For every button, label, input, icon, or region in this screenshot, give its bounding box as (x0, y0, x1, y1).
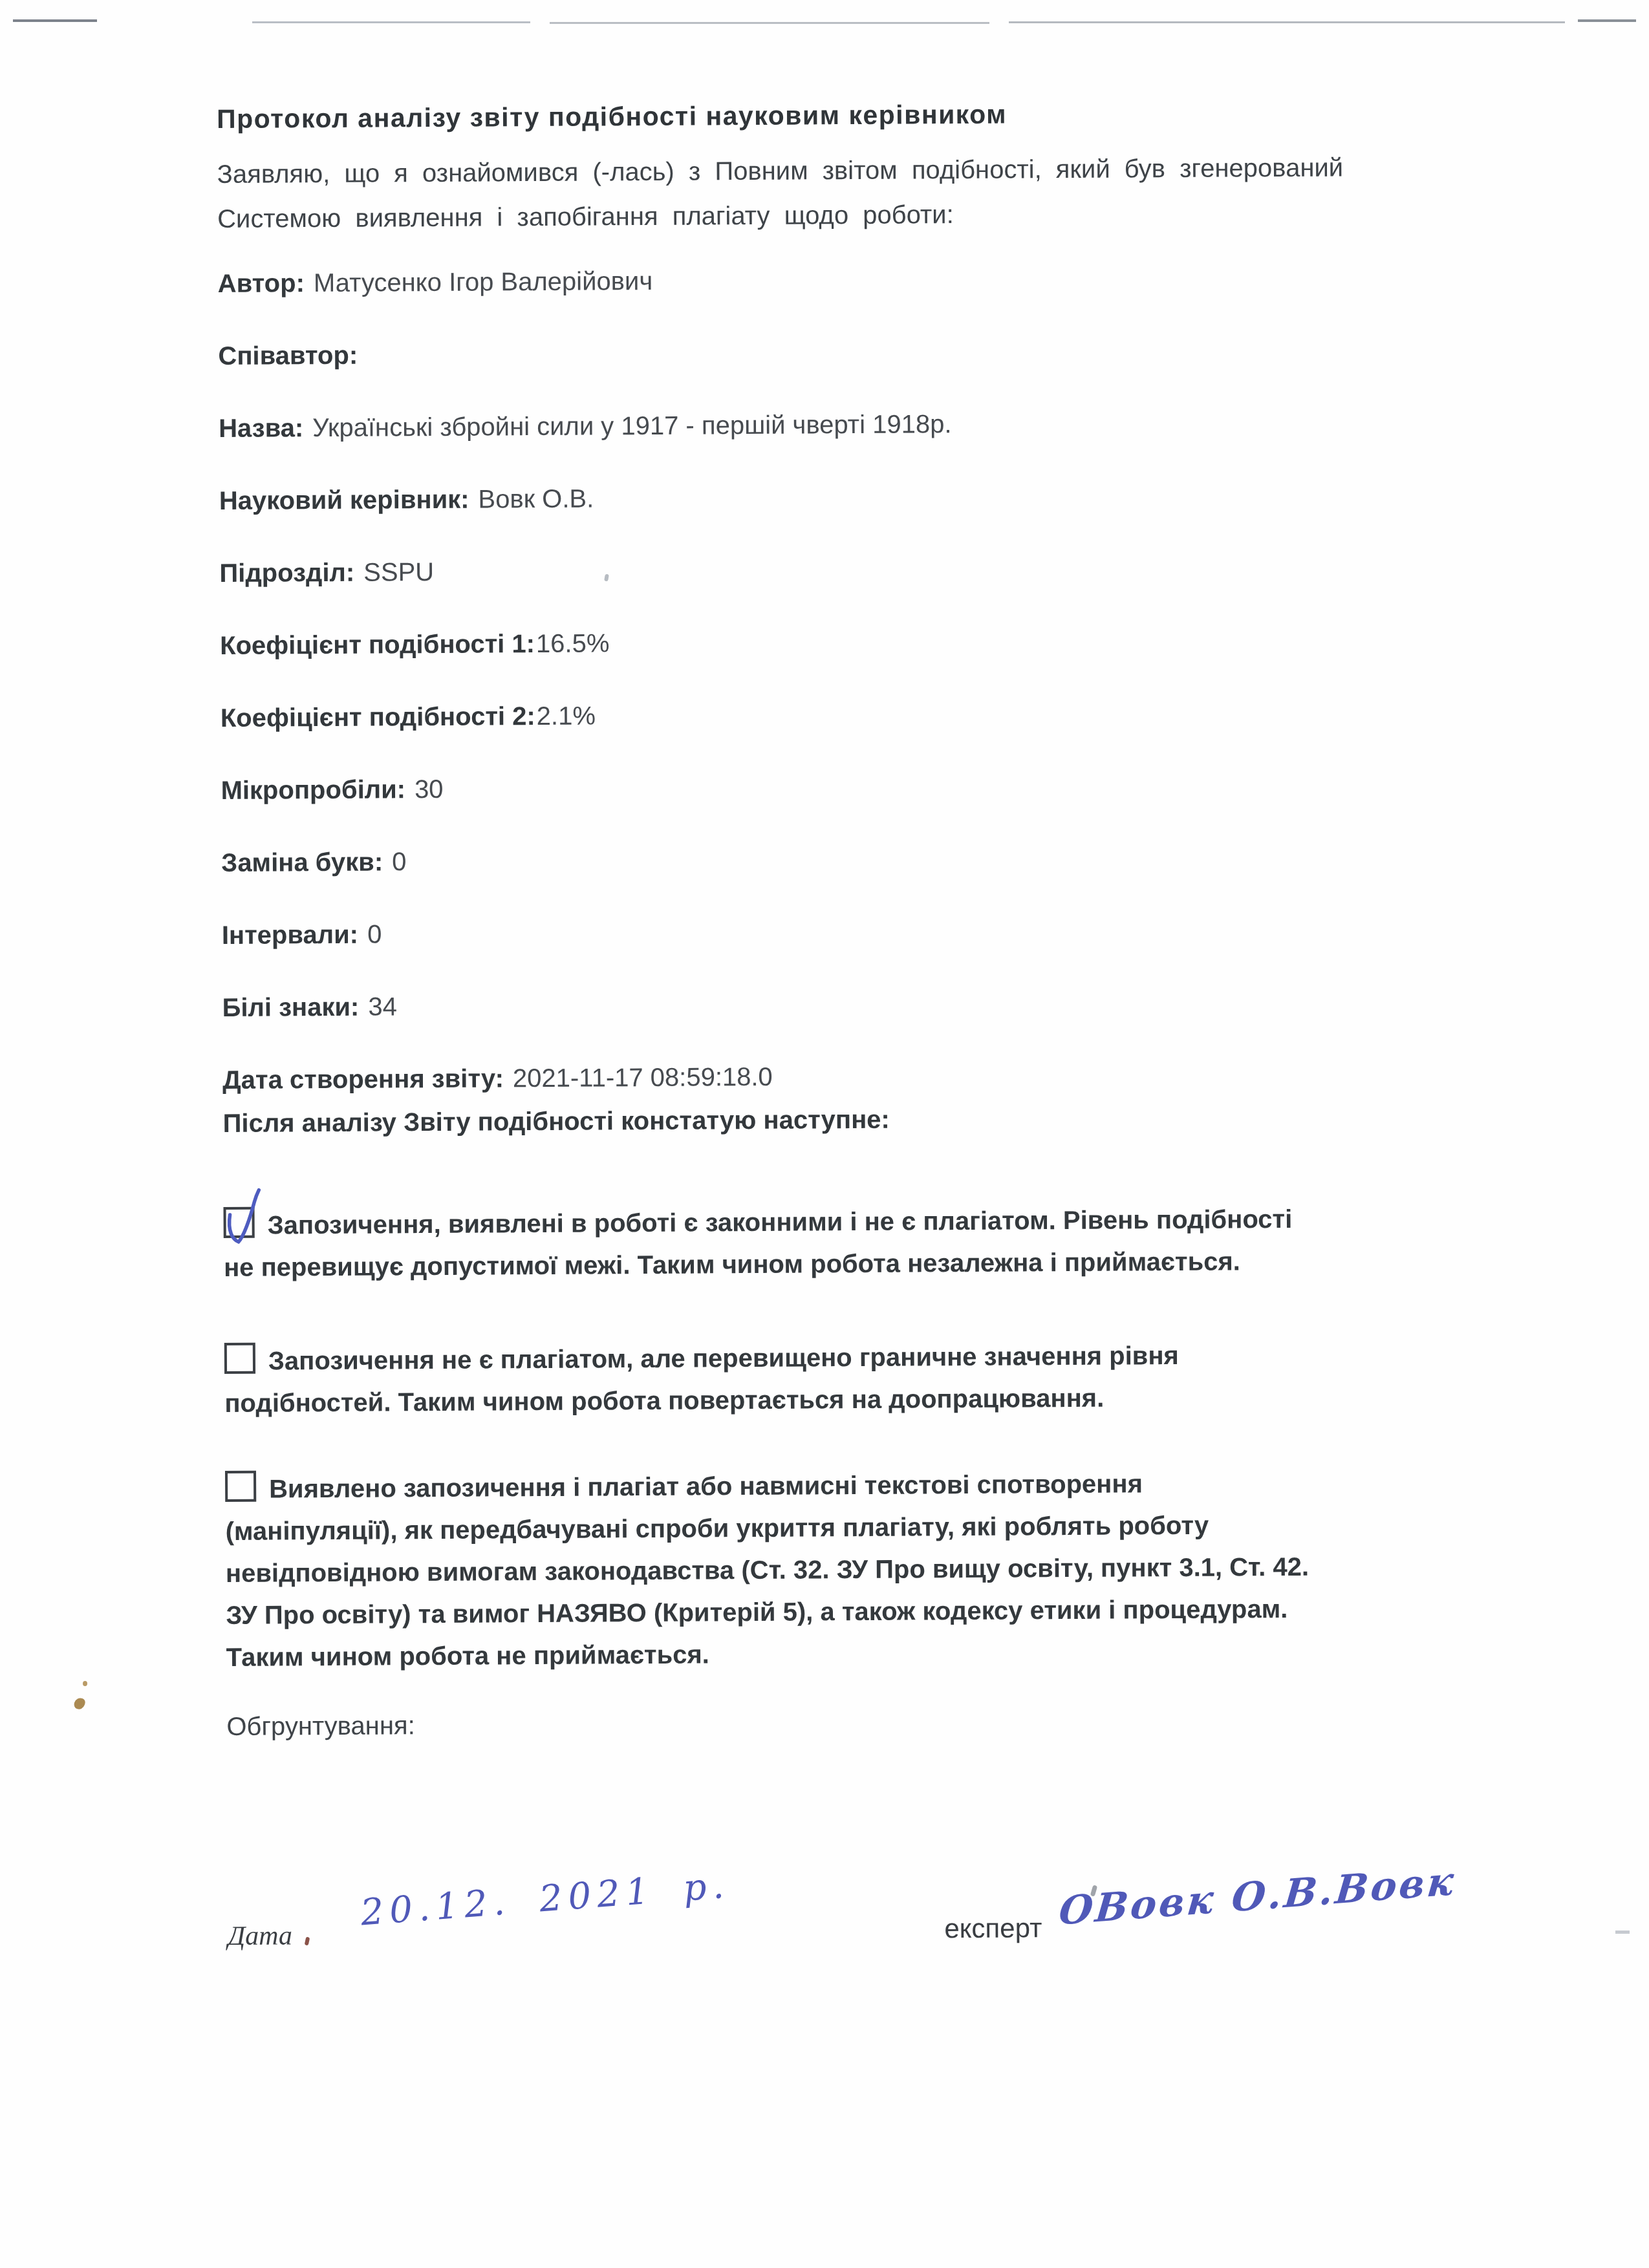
document-body: Протокол аналізу звіту подібності науков… (217, 89, 1564, 2079)
field-label: Мікропробіли: (221, 775, 405, 805)
field-row-report-date: Дата створення звіту:2021-11-17 08:59:18… (222, 1057, 1558, 1095)
field-label: Коефіцієнт подібності 1: (220, 630, 535, 660)
field-value: Матусенко Ігор Валерійович (314, 267, 652, 297)
scan-artifact-speck (83, 1681, 87, 1686)
scan-artifact-line (1578, 19, 1636, 22)
field-label: Підрозділ: (219, 559, 354, 588)
intro-paragraph: Заявляю, що я ознайомився (-лась) з Повн… (217, 144, 1553, 242)
field-row-white-signs: Білі знаки:34 (222, 985, 1557, 1023)
checkbox-option-3: Виявлено запозичення і плагіат або навми… (225, 1460, 1562, 1679)
field-label: Інтервали: (222, 921, 358, 950)
field-row-intervals: Інтервали:0 (222, 912, 1557, 950)
scan-artifact-line (1009, 21, 1565, 23)
field-row-similarity-1: Коефіцієнт подібності 1:16.5% (220, 623, 1555, 661)
checkbox-unchecked[interactable] (225, 1471, 256, 1502)
checkbox-option-text: Запозичення, виявлені в роботі є законни… (224, 1205, 1292, 1282)
scan-artifact-line (13, 19, 97, 22)
checkbox-option-text: Виявлено запозичення і плагіат або навми… (225, 1470, 1309, 1672)
justification-label: Обгрунтування: (226, 1704, 1562, 1742)
scan-artifact-speck (72, 1696, 86, 1711)
checkbox-checked[interactable] (223, 1207, 254, 1238)
field-label: Назва: (219, 414, 303, 443)
field-row-title: Назва:Українські збройні сили у 1917 - п… (219, 405, 1554, 444)
field-value: 0 (367, 920, 382, 948)
field-label: Автор: (218, 269, 305, 298)
document-page: Протокол аналізу звіту подібності науков… (0, 0, 1649, 2268)
field-value: 0 (392, 848, 407, 876)
checkbox-option-1: Запозичення, виявлені в роботі є законни… (223, 1197, 1559, 1289)
signature-block: Дата 20.12. 2021 р. експерт ОВовк О.В.Во… (228, 1903, 1564, 2079)
field-value: 16.5% (536, 629, 610, 658)
handwritten-signature: ОВовк О.В.Вовк (1057, 1859, 1458, 1934)
date-label: Дата (228, 1920, 292, 1952)
field-label: Дата створення звіту: (222, 1064, 504, 1095)
field-value: 2.1% (537, 701, 596, 731)
field-value: SSPU (363, 558, 434, 587)
field-row-letter-substitution: Заміна букв:0 (221, 840, 1557, 878)
scan-artifact-line (550, 22, 989, 24)
field-row-microspaces: Мікропробіли:30 (221, 767, 1556, 806)
statement-intro: Після аналізу Звіту подібності констатую… (223, 1096, 1558, 1143)
scan-artifact-mark (1615, 1931, 1630, 1934)
field-value: Українські збройні сили у 1917 - першій … (312, 410, 951, 442)
field-value: 2021-11-17 08:59:18.0 (513, 1063, 773, 1093)
field-value: Вовк О.В. (478, 484, 594, 513)
checkbox-unchecked[interactable] (224, 1343, 255, 1374)
field-value: 30 (415, 775, 444, 804)
handwritten-date: 20.12. 2021 р. (359, 1864, 731, 1934)
scan-artifact-line (252, 21, 530, 23)
checkmark-icon (222, 1190, 268, 1255)
field-label: Співавтор: (218, 341, 358, 370)
field-label: Заміна букв: (221, 848, 383, 877)
checkbox-option-2: Запозичення не є плагіатом, але перевище… (224, 1332, 1560, 1425)
field-label: Науковий керівник: (219, 486, 469, 515)
field-row-department: Підрозділ:SSPU (219, 550, 1555, 588)
expert-label: експерт (944, 1912, 1042, 1944)
document-title: Протокол аналізу звіту подібності науков… (217, 94, 1552, 136)
checkbox-option-text: Запозичення не є плагіатом, але перевище… (224, 1342, 1179, 1418)
field-value: 34 (368, 992, 397, 1021)
field-label: Коефіцієнт подібності 2: (221, 702, 535, 733)
field-row-supervisor: Науковий керівник:Вовк О.В. (219, 478, 1555, 516)
field-row-coauthor: Співавтор: (218, 333, 1553, 371)
field-row-author: Автор:Матусенко Ігор Валерійович (218, 261, 1553, 299)
field-row-similarity-2: Коефіцієнт подібності 2:2.1% (221, 695, 1556, 733)
field-label: Білі знаки: (222, 993, 359, 1022)
